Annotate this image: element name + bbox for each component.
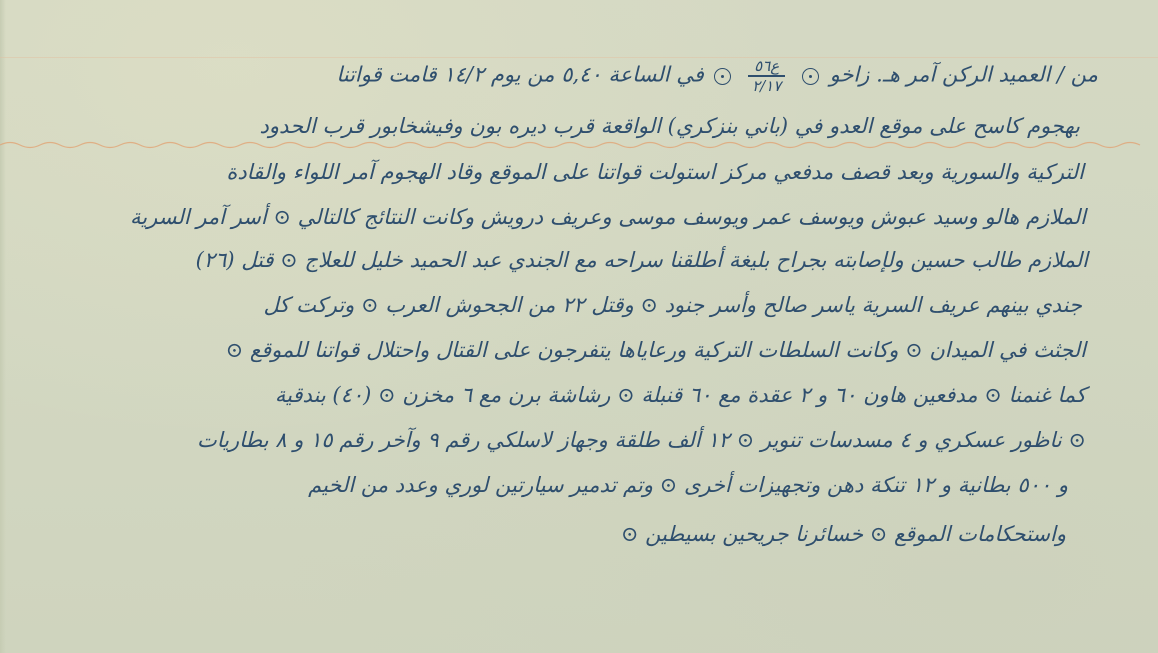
- text-line: في الساعة ٥,٤٠ من يوم ١٤/٢ قامت قواتنا: [336, 63, 703, 87]
- reference-denominator: ٢/١٧: [748, 77, 785, 94]
- stop-mark-icon: [802, 68, 819, 85]
- text-line: ⊙ ناظور عسكري و ٤ مسدسات تنوير ⊙ ١٢ ألف …: [197, 428, 1086, 452]
- reference-number: ع٥٦ ٢/١٧: [748, 58, 785, 94]
- paper-edge: [0, 0, 6, 653]
- text-line: و ٥٠٠ بطانية و ١٢ تنكة دهن وتجهيزات أخرى…: [308, 473, 1068, 497]
- reference-numerator: ع٥٦: [748, 58, 785, 77]
- scanned-paper: من / العميد الركن آمر هـ. زاخو ع٥٦ ٢/١٧ …: [0, 0, 1158, 653]
- text-line: جندي بينهم عريف السرية ياسر صالح وأسر جن…: [264, 293, 1082, 317]
- header-line: من / العميد الركن آمر هـ. زاخو ع٥٦ ٢/١٧ …: [336, 58, 1098, 94]
- from-label: من / العميد الركن آمر هـ. زاخو: [830, 63, 1098, 87]
- orange-wavy-underline: [0, 140, 1150, 150]
- text-line: واستحكامات الموقع ⊙ خسائرنا جريحين بسيطي…: [621, 522, 1066, 546]
- text-line: الجثث في الميدان ⊙ وكانت السلطات التركية…: [226, 338, 1086, 362]
- text-line: التركية والسورية وبعد قصف مدفعي مركز است…: [226, 160, 1084, 184]
- stop-mark-icon: [714, 68, 731, 85]
- text-line: بهجوم كاسح على موقع العدو في (باني بنزكر…: [260, 114, 1080, 138]
- text-line: الملازم هالو وسيد عبوش ويوسف عمر ويوسف م…: [130, 205, 1086, 229]
- text-line: الملازم طالب حسين ولإصابته بجراح بليغة أ…: [196, 248, 1088, 272]
- text-line: كما غنمنا ⊙ مدفعين هاون ٦٠ و ٢ عقدة مع ٦…: [275, 383, 1086, 407]
